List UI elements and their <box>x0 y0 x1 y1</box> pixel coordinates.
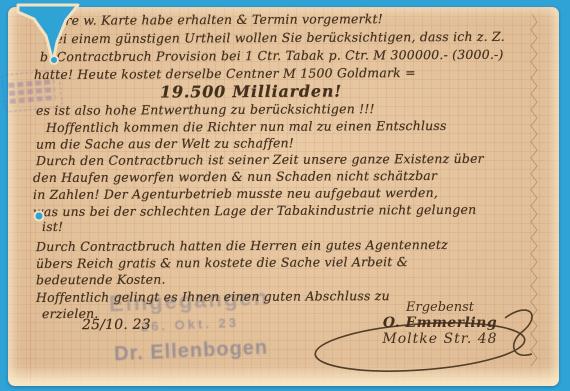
signature-address: Moltke Str. 48 <box>350 331 530 347</box>
handwritten-line: um die Sache aus der Welt zu schaffen! <box>36 135 294 151</box>
handwritten-line: Durch den Contractbruch ist seiner Zeit … <box>36 151 484 168</box>
handwritten-line: Ihre w. Karte habe erhalten & Termin vor… <box>52 11 383 28</box>
handwritten-line: was uns bei der schlechten Lage der Taba… <box>33 202 476 219</box>
handwritten-line: Bei einem günstigen Urtheil wollen Sie b… <box>46 29 505 46</box>
handwritten-line: Durch Contractbruch hatten die Herren ei… <box>36 237 448 254</box>
signature-block: Ergebenst O. Emmerling Moltke Str. 48 <box>350 300 530 347</box>
handwritten-line: übers Reich gratis & nun kostete die Sac… <box>36 254 408 271</box>
scan-background: Eingegangen 26. Okt. 23 Dr. Ellenbogen I… <box>0 0 570 391</box>
signature: O. Emmerling <box>350 315 530 331</box>
handwritten-line-emphasis: 19.500 Milliarden! <box>160 82 342 102</box>
handwritten-line: hatte! Heute kostet derselbe Centner M 1… <box>34 65 416 82</box>
valediction: Ergebenst <box>350 300 530 315</box>
handwritten-line: Hoffentlich gelingt es Ihnen einen guten… <box>36 288 390 305</box>
handwritten-line: bedeutende Kosten. <box>36 272 166 288</box>
handwritten-date: 25/10. 23 <box>82 317 151 333</box>
handwritten-line: ist! <box>42 219 63 234</box>
handwritten-line: Hoffentlich kommen die Richter nun mal z… <box>46 118 447 135</box>
handwritten-line: b. Contractbruch Provision bei 1 Ctr. Ta… <box>40 47 504 64</box>
handwritten-line: den Haufen geworfen worden & nun Schaden… <box>33 168 437 185</box>
handwriting-layer: Ihre w. Karte habe erhalten & Termin vor… <box>0 0 570 391</box>
handwritten-line: es ist also hohe Entwerthung zu berücksi… <box>36 101 375 118</box>
handwritten-line: in Zahlen! Der Agenturbetrieb musste neu… <box>33 185 438 202</box>
